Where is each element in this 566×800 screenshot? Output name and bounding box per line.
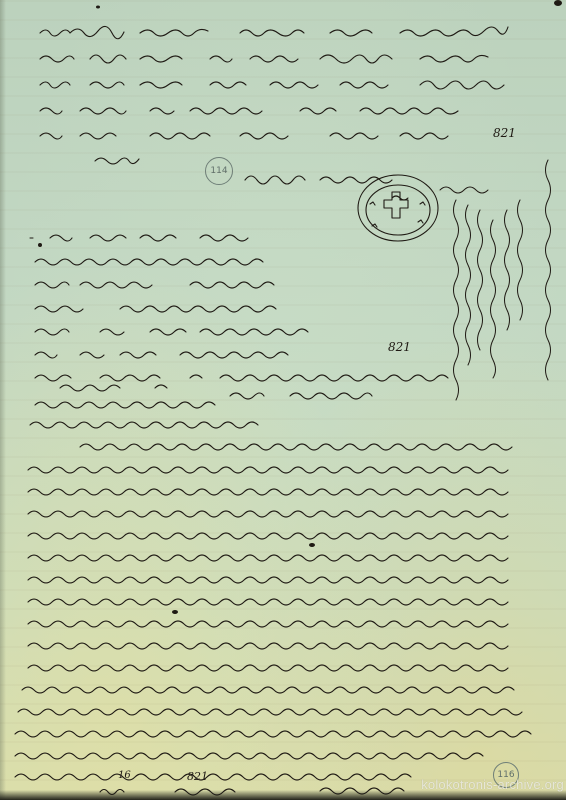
- manuscript-page: 114 116 821 821 16 821 kolokotronis-arch…: [0, 0, 566, 800]
- archive-number-stamp-top: 114: [205, 157, 233, 185]
- handwriting-layer: [0, 0, 566, 800]
- letter-1-text: [40, 26, 508, 184]
- archive-number-top: 114: [210, 166, 227, 176]
- final-date-day: 16: [118, 770, 131, 781]
- watermark: kolokotronis-archive.org: [421, 777, 564, 792]
- first-letter-year: 821: [493, 126, 516, 140]
- margin-notes-vertical: [440, 160, 551, 400]
- ink-blots: [38, 0, 562, 614]
- second-letter-year: 821: [388, 340, 411, 354]
- letter-2-text: [30, 235, 448, 428]
- wax-seal: [358, 175, 438, 241]
- letter-3-text: [15, 444, 531, 795]
- final-year: 821: [187, 770, 208, 783]
